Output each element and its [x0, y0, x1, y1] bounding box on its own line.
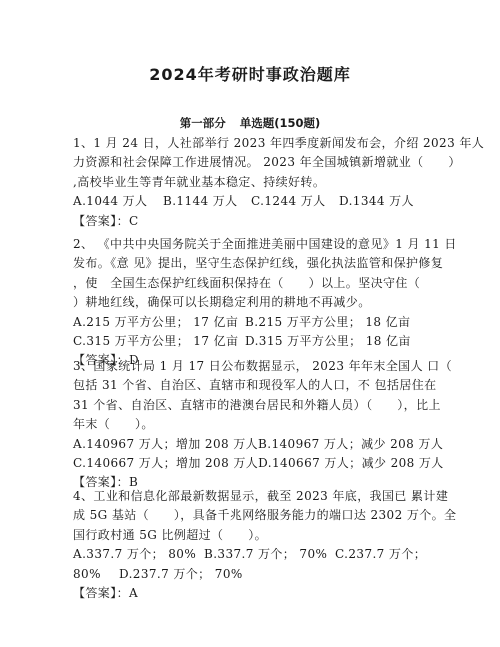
options-row: C.140667 万人；增加 208 万人 D.140667 万人；减少 208…: [73, 454, 433, 473]
question-text-line: 3、国家统计局 1 月 17 日公布数据显示， 2023 年年末全国人 口（: [73, 357, 433, 376]
question-text-line: 年末（ ）。: [73, 415, 433, 434]
question-text-line: 包括 31 个省、自治区、直辖市和现役军人的人口，不 包括居住在: [73, 376, 433, 395]
question-text-line: 成 5G 基站（ ），具备千兆网络服务能力的端口达 2302 万个。全: [73, 506, 433, 525]
question-text-line: 2、 《中共中央国务院关于全面推进美丽中国建设的意见》1 月 11 日: [73, 235, 433, 254]
option-d: D.1344 万人: [339, 192, 414, 211]
option-a: A.337.7 万个； 80%: [73, 545, 204, 564]
option-c: C.237.7 万个；: [335, 545, 426, 564]
options-row: 80% D.237.7 万个； 70%: [73, 565, 433, 584]
option-d: D.140667 万人；减少 208 万人: [258, 454, 444, 473]
question-text-line: 1、1 月 24 日，人社部举行 2023 年四季度新闻发布会，介绍 2023 …: [73, 134, 433, 153]
question-text-line: 国行政村通 5G 比例超过（ ）。: [73, 526, 433, 545]
options-row: C.315 万平方公里； 17 亿亩 D.315 万平方公里； 18 亿亩: [73, 332, 433, 351]
option-a: A.140967 万人；增加 208 万人: [73, 435, 258, 454]
question-text-line: ，使 全国生态保护红线面积保持在（ ）以上。坚决守住（: [73, 274, 433, 293]
option-c: C.140667 万人；增加 208 万人: [73, 454, 258, 473]
question-1: 1、1 月 24 日，人社部举行 2023 年四季度新闻发布会，介绍 2023 …: [73, 134, 433, 231]
options-row: A.140967 万人；增加 208 万人 B.140967 万人；减少 208…: [73, 435, 433, 454]
section-part: 第一部分: [180, 116, 226, 130]
question-text-line: 31 个省、自治区、直辖市的港澳台居民和外籍人员）（ ），比上: [73, 396, 433, 415]
option-d: D.237.7 万个； 70%: [119, 565, 243, 584]
document-title: 2024年考研时事政治题库: [0, 62, 500, 85]
question-text-line: 发布。《意 见》提出，坚守生态保护红线，强化执法监管和保护修复: [73, 254, 433, 273]
options-row: A.337.7 万个； 80% B.337.7 万个； 70% C.237.7 …: [73, 545, 433, 564]
option-d: D.315 万平方公里； 18 亿亩: [245, 332, 411, 351]
option-a: A.1044 万人: [73, 192, 163, 211]
option-b: B.337.7 万个； 70%: [204, 545, 335, 564]
question-3: 3、国家统计局 1 月 17 日公布数据显示， 2023 年年末全国人 口（ 包…: [73, 357, 433, 493]
question-text-line: ,高校毕业生等青年就业基本稳定、持续好转。: [73, 173, 433, 192]
section-name: 单选题(150题): [240, 116, 321, 130]
options-row: A.1044 万人 B.1144 万人 C.1244 万人 D.1344 万人: [73, 192, 433, 211]
option-c: C.1244 万人: [251, 192, 339, 211]
option-b: B.140967 万人；减少 208 万人: [258, 435, 443, 454]
question-2: 2、 《中共中央国务院关于全面推进美丽中国建设的意见》1 月 11 日 发布。《…: [73, 235, 433, 371]
option-b: B.1144 万人: [163, 192, 251, 211]
answer: 【答案】：C: [73, 212, 433, 231]
answer: 【答案】：A: [73, 584, 433, 603]
option-c-continued: 80%: [73, 565, 119, 584]
section-heading: 第一部分单选题(150题): [0, 115, 500, 131]
option-b: B.215 万平方公里； 18 亿亩: [245, 313, 410, 332]
question-4: 4、工业和信息化部最新数据显示，截至 2023 年底，我国已 累计建 成 5G …: [73, 487, 433, 603]
option-c: C.315 万平方公里； 17 亿亩: [73, 332, 245, 351]
question-text-line: 4、工业和信息化部最新数据显示，截至 2023 年底，我国已 累计建: [73, 487, 433, 506]
question-text-line: 力资源和社会保障工作进展情况。 2023 年全国城镇新增就业（ ）: [73, 153, 433, 172]
options-row: A.215 万平方公里； 17 亿亩 B.215 万平方公里； 18 亿亩: [73, 313, 433, 332]
question-text-line: ）耕地红线，确保可以长期稳定利用的耕地不再减少。: [73, 293, 433, 312]
option-a: A.215 万平方公里； 17 亿亩: [73, 313, 245, 332]
